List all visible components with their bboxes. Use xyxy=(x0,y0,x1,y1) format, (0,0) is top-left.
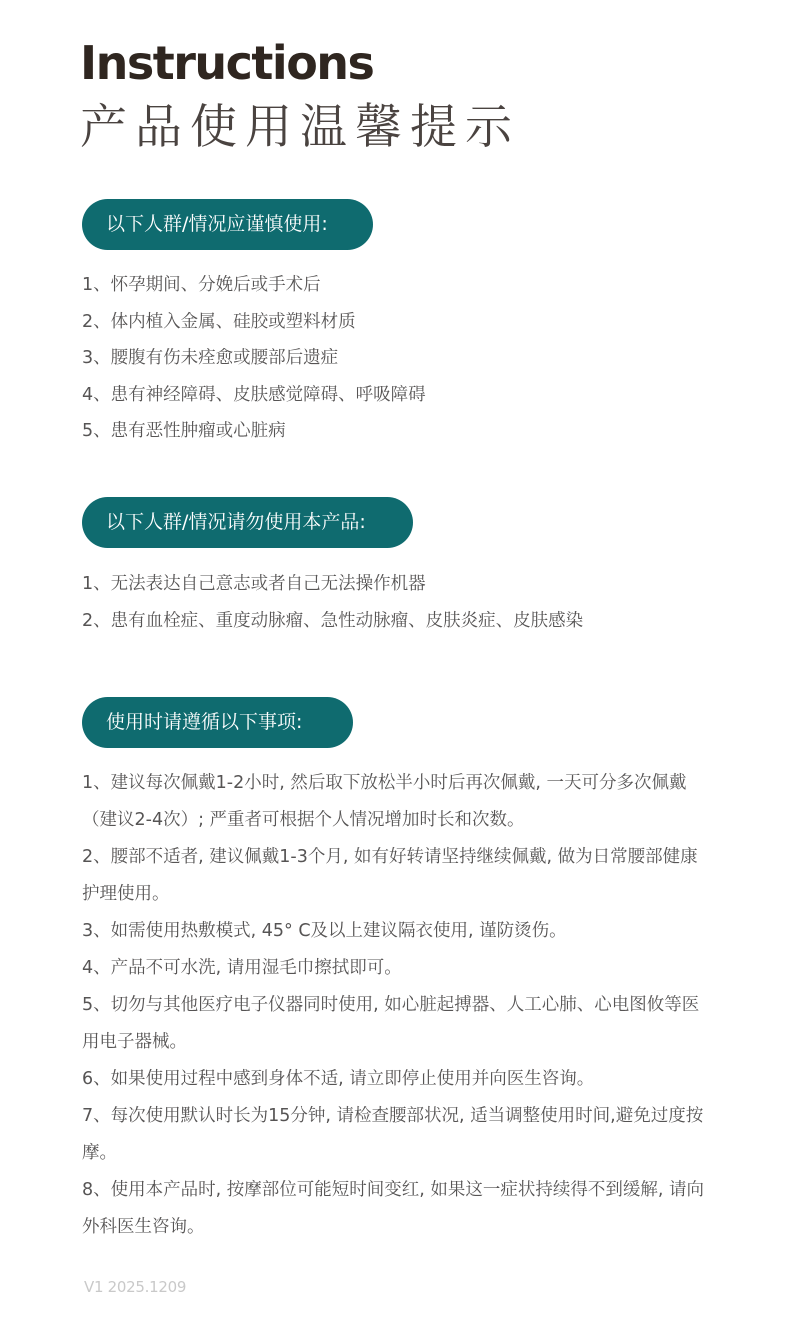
page-title-en: Instructions xyxy=(80,34,373,92)
list-item: 2、腰部不适者, 建议佩戴1-3个月, 如有好转请坚持继续佩戴, 做为日常腰部健… xyxy=(82,839,712,913)
list-item: 4、患有神经障碍、皮肤感觉障碍、呼吸障碍 xyxy=(82,377,730,414)
version-label: V1 2025.1209 xyxy=(84,1278,186,1296)
list-item: 1、怀孕期间、分娩后或手术后 xyxy=(82,267,730,304)
list-item: 4、产品不可水洗, 请用湿毛巾擦拭即可。 xyxy=(82,950,712,987)
page-title-cn: 产品使用温馨提示 xyxy=(80,98,520,158)
section-heading-pill: 以下人群/情况应谨慎使用: xyxy=(82,199,373,250)
usage-list: 1、建议每次佩戴1-2小时, 然后取下放松半小时后再次佩戴, 一天可分多次佩戴（… xyxy=(82,765,730,1246)
list-item: 2、患有血栓症、重度动脉瘤、急性动脉瘤、皮肤炎症、皮肤感染 xyxy=(82,603,730,640)
section-heading-pill: 使用时请遵循以下事项: xyxy=(82,697,353,748)
list-item: 5、切勿与其他医疗电子仪器同时使用, 如心脏起搏器、人工心肺、心电图攸等医用电子… xyxy=(82,987,712,1061)
section-caution: 以下人群/情况应谨慎使用: 1、怀孕期间、分娩后或手术后 2、体内植入金属、硅胶… xyxy=(82,199,730,450)
list-item: 8、使用本产品时, 按摩部位可能短时间变红, 如果这一症状持续得不到缓解, 请向… xyxy=(82,1172,712,1246)
list-item: 3、如需使用热敷模式, 45° C及以上建议隔衣使用, 谨防烫伤。 xyxy=(82,913,712,950)
section-usage-guidelines: 使用时请遵循以下事项: 1、建议每次佩戴1-2小时, 然后取下放松半小时后再次佩… xyxy=(82,697,730,1246)
list-item: 3、腰腹有伤未痊愈或腰部后遗症 xyxy=(82,340,730,377)
prohibited-list: 1、无法表达自己意志或者自己无法操作机器 2、患有血栓症、重度动脉瘤、急性动脉瘤… xyxy=(82,566,730,639)
list-item: 1、建议每次佩戴1-2小时, 然后取下放松半小时后再次佩戴, 一天可分多次佩戴（… xyxy=(82,765,712,839)
caution-list: 1、怀孕期间、分娩后或手术后 2、体内植入金属、硅胶或塑料材质 3、腰腹有伤未痊… xyxy=(82,267,730,450)
list-item: 7、每次使用默认时长为15分钟, 请检查腰部状况, 适当调整使用时间,避免过度按… xyxy=(82,1098,712,1172)
list-item: 2、体内植入金属、硅胶或塑料材质 xyxy=(82,304,730,341)
section-heading-pill: 以下人群/情况请勿使用本产品: xyxy=(82,497,413,548)
list-item: 6、如果使用过程中感到身体不适, 请立即停止使用并向医生咨询。 xyxy=(82,1061,712,1098)
list-item: 5、患有恶性肿瘤或心脏病 xyxy=(82,413,730,450)
instructions-page: Instructions 产品使用温馨提示 以下人群/情况应谨慎使用: 1、怀孕… xyxy=(0,0,790,1329)
section-prohibited: 以下人群/情况请勿使用本产品: 1、无法表达自己意志或者自己无法操作机器 2、患… xyxy=(82,497,730,639)
list-item: 1、无法表达自己意志或者自己无法操作机器 xyxy=(82,566,730,603)
